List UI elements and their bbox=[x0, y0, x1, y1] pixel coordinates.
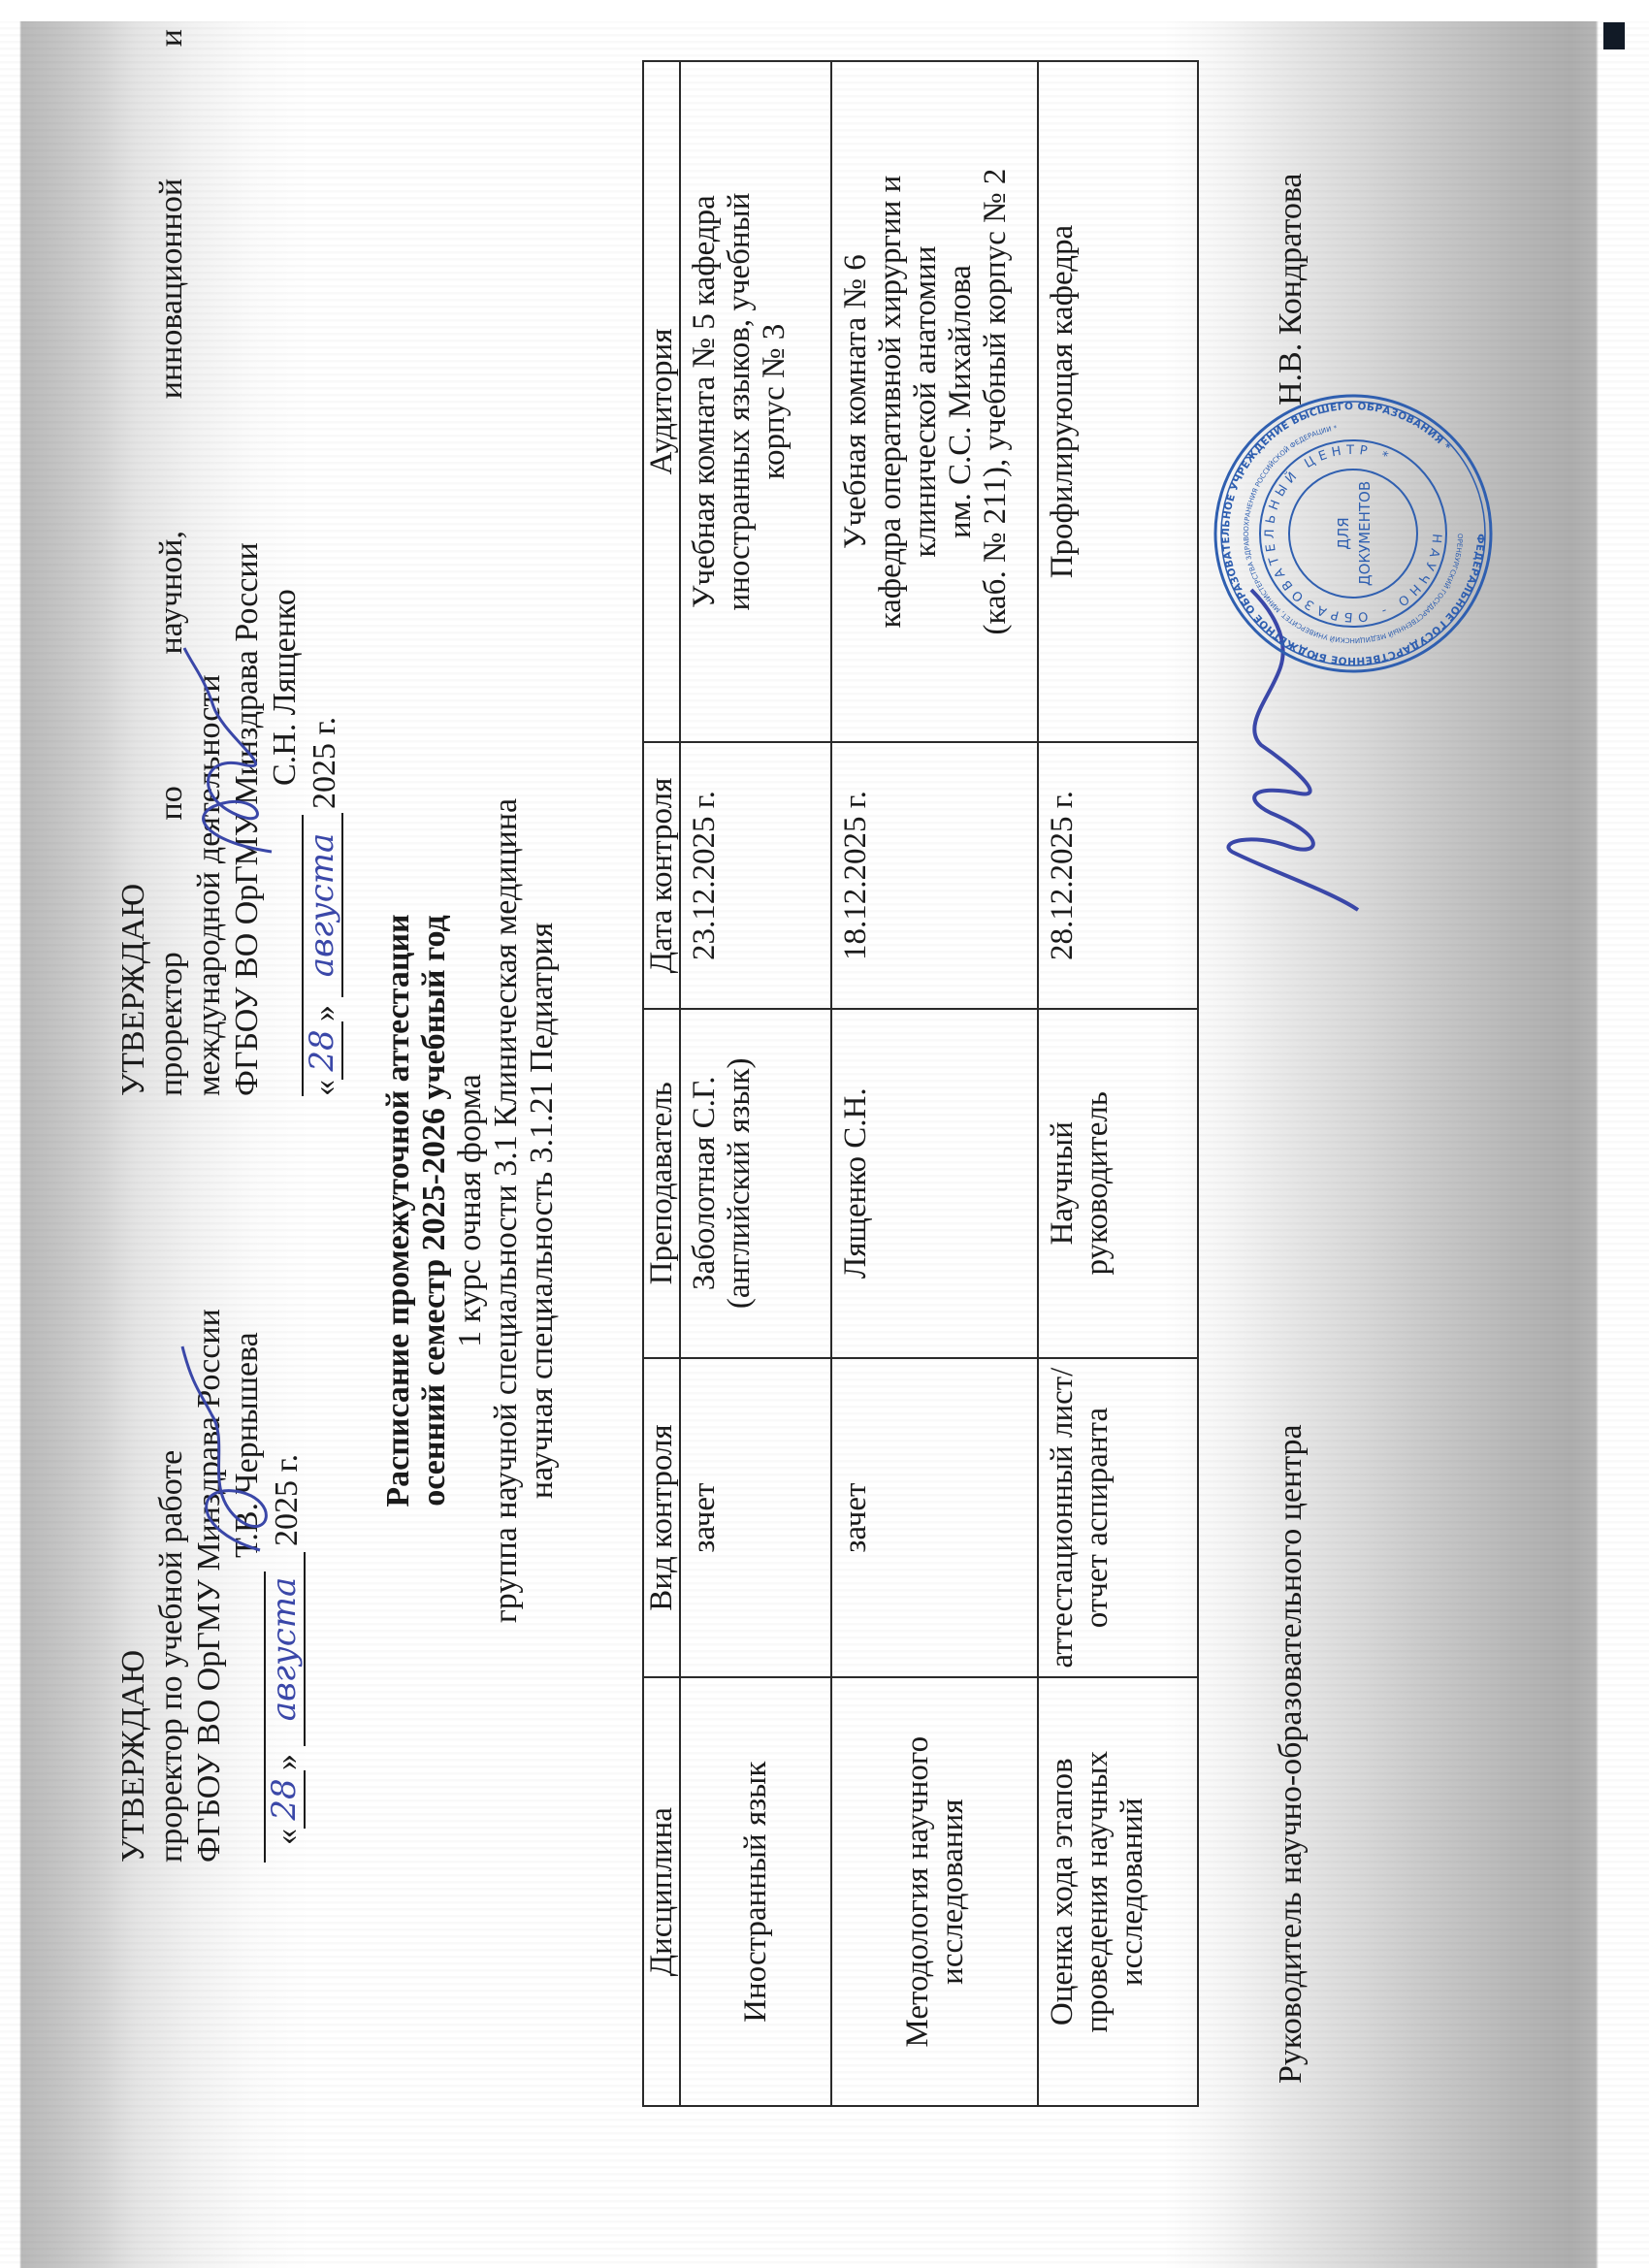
header-date: Дата контроля bbox=[643, 742, 680, 1009]
room-line: клинической анатомии bbox=[908, 70, 943, 733]
table-row: Иностранный язык зачет Заболотная С.Г. (… bbox=[680, 61, 831, 2106]
date-quote-open: « bbox=[268, 1829, 306, 1845]
cell-room: Учебная комната № 5 кафедра иностранных … bbox=[680, 61, 831, 742]
cell-date: 23.12.2025 г. bbox=[680, 742, 831, 1009]
cell-teacher: Лященко С.Н. bbox=[831, 1009, 1038, 1358]
control-type-text: отчет аспиранта bbox=[1080, 1367, 1115, 1669]
discipline-text: Методология научного bbox=[900, 1686, 935, 2097]
room-line: Учебная комната № 5 кафедра bbox=[687, 70, 722, 733]
teacher-name: руководитель bbox=[1080, 1018, 1115, 1349]
signature-blank bbox=[231, 1571, 266, 1863]
room-line: корпус № 3 bbox=[757, 70, 792, 733]
room-line: кафедра оперативной хирургии и bbox=[873, 70, 908, 733]
discipline-text: Оценка хода этапов bbox=[1045, 1686, 1080, 2097]
cell-room: Учебная комната № 6 кафедра оперативной … bbox=[831, 61, 1038, 742]
cell-date: 28.12.2025 г. bbox=[1038, 742, 1198, 1009]
title-line2: осенний семестр 2025-2026 учебный год bbox=[416, 735, 452, 1686]
title-line4: группа научной специальности 3.1 Клиниче… bbox=[488, 735, 524, 1686]
footer-name: Н.В. Кондратова bbox=[1273, 173, 1309, 405]
title-line3: 1 курс очная форма bbox=[452, 735, 488, 1686]
cell-discipline: Иностранный язык bbox=[680, 1677, 831, 2106]
cell-control-type: зачет bbox=[831, 1358, 1038, 1678]
stamp-center-line2: ДОКУМЕНТОВ bbox=[1356, 481, 1374, 586]
cell-control-type: зачет bbox=[680, 1358, 831, 1678]
approval-position-line1: проректор по научной, инновационной и bbox=[152, 29, 190, 1096]
signature-left-icon bbox=[173, 1308, 289, 1560]
discipline-text: исследований bbox=[1115, 1686, 1149, 2097]
document-page: УТВЕРЖДАЮ проректор по учебной работе ФГ… bbox=[0, 0, 1649, 2268]
control-type-text: зачет bbox=[838, 1367, 873, 1669]
room-line: (каб. № 211), учебный корпус № 2 bbox=[978, 70, 1013, 733]
date-year: 2025 г. bbox=[306, 717, 343, 809]
header-teacher: Преподаватель bbox=[643, 1009, 680, 1358]
discipline-text: Иностранный язык bbox=[738, 1686, 773, 2097]
teacher-name: Лященко С.Н. bbox=[838, 1018, 873, 1349]
approval-heading: УТВЕРЖДАЮ bbox=[114, 1280, 152, 1863]
cell-room: Профилирующая кафедра bbox=[1038, 61, 1198, 742]
word: инновационной bbox=[152, 178, 190, 399]
approval-signature-line: С.Н. Лященко bbox=[266, 29, 304, 1096]
schedule-table: Дисциплина Вид контроля Преподаватель Да… bbox=[642, 60, 1199, 2107]
title-line1: Расписание промежуточной аттестации bbox=[380, 735, 416, 1686]
date-text: 18.12.2025 г. bbox=[838, 751, 873, 1000]
approval-date-line: « 28 » августа 2025 г. bbox=[304, 29, 343, 1096]
cell-discipline: Оценка хода этапов проведения научных ис… bbox=[1038, 1677, 1198, 2106]
date-day: 28 bbox=[304, 1021, 343, 1080]
control-type-text: аттестационный лист/ bbox=[1045, 1367, 1080, 1669]
room-line: Профилирующая кафедра bbox=[1045, 70, 1080, 733]
word: и bbox=[152, 29, 190, 47]
approval-organization: ФГБОУ ВО ОрГМУ Минздрава России bbox=[228, 29, 266, 1096]
stamp-center-line1: ДЛЯ bbox=[1335, 517, 1352, 549]
word: проректор bbox=[152, 952, 190, 1096]
room-line: Учебная комната № 6 bbox=[838, 70, 873, 733]
approval-block-right: УТВЕРЖДАЮ проректор по научной, инноваци… bbox=[114, 29, 343, 1096]
discipline-text: исследования bbox=[935, 1686, 970, 2097]
header-room: Аудитория bbox=[643, 61, 680, 742]
footer-position: Руководитель научно-образовательного цен… bbox=[1273, 1424, 1309, 2084]
teacher-note: (английский язык) bbox=[722, 1018, 757, 1349]
cell-discipline: Методология научного исследования bbox=[831, 1677, 1038, 2106]
discipline-text: проведения научных bbox=[1080, 1686, 1115, 2097]
table-row: Методология научного исследования зачет … bbox=[831, 61, 1038, 2106]
table-row: Оценка хода этапов проведения научных ис… bbox=[1038, 61, 1198, 2106]
cell-control-type: аттестационный лист/ отчет аспиранта bbox=[1038, 1358, 1198, 1678]
date-quote-close: » bbox=[268, 1754, 306, 1770]
cell-teacher: Заболотная С.Г. (английский язык) bbox=[680, 1009, 831, 1358]
date-day: 28 bbox=[266, 1770, 306, 1829]
official-stamp-icon: ФЕДЕРАЛЬНОЕ ГОСУДАРСТВЕННОЕ БЮДЖЕТНОЕ ОБ… bbox=[1212, 393, 1494, 674]
teacher-name: Научный bbox=[1045, 1018, 1080, 1349]
word: научной, bbox=[152, 531, 190, 655]
date-month: августа bbox=[266, 1552, 306, 1746]
title-line5: научная специальность 3.1.21 Педиатрия bbox=[524, 735, 560, 1686]
approval-heading: УТВЕРЖДАЮ bbox=[114, 29, 152, 1096]
date-quote-close: » bbox=[306, 1005, 343, 1021]
header-control-type: Вид контроля bbox=[643, 1358, 680, 1678]
signature-right-icon bbox=[165, 638, 291, 871]
cell-date: 18.12.2025 г. bbox=[831, 742, 1038, 1009]
control-type-text: зачет bbox=[687, 1367, 722, 1669]
date-quote-open: « bbox=[306, 1080, 343, 1096]
document-title: Расписание промежуточной аттестации осен… bbox=[380, 735, 560, 1686]
date-month: августа bbox=[304, 813, 343, 997]
header-discipline: Дисциплина bbox=[643, 1677, 680, 2106]
room-line: иностранных языков, учебный bbox=[722, 70, 757, 733]
cell-teacher: Научный руководитель bbox=[1038, 1009, 1198, 1358]
teacher-name: Заболотная С.Г. bbox=[687, 1018, 722, 1349]
date-text: 23.12.2025 г. bbox=[687, 751, 722, 1000]
date-text: 28.12.2025 г. bbox=[1045, 751, 1080, 1000]
table-header-row: Дисциплина Вид контроля Преподаватель Да… bbox=[643, 61, 680, 2106]
approval-position-line2: международной деятельности bbox=[190, 29, 228, 1096]
room-line: им. С.С. Михайлова bbox=[943, 70, 978, 733]
